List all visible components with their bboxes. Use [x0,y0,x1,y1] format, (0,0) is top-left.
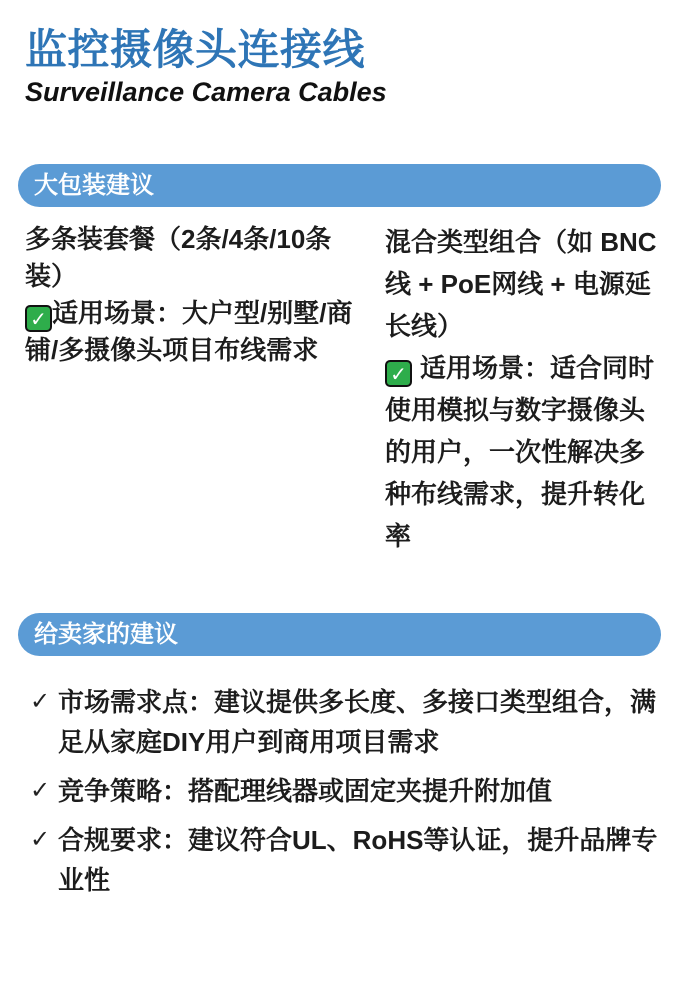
list-item-text: 竞争策略：搭配理线器或固定夹提升附加值 [58,771,661,811]
packaging-columns: 多条装套餐（2条/4条/10条装） ✓适用场景：大户型/别墅/商铺/多摄像头项目… [0,207,687,613]
section-seller-heading: 给卖家的建议 [34,621,178,648]
list-item: ✓ 市场需求点：建议提供多长度、多接口类型组合，满足从家庭DIY用户到商用项目需… [30,682,661,762]
page-subtitle: Surveillance Camera Cables [25,77,661,108]
packaging-right-scene: 适用场景：适合同时使用模拟与数字摄像头的用户，一次性解决多种布线需求，提升转化率 [385,353,654,551]
check-mark-icon: ✓ [30,820,58,860]
packaging-right-column: 混合类型组合（如 BNC线 + PoE网线 + 电源延长线） ✓适用场景：适合同… [385,221,661,613]
seller-advice-list: ✓ 市场需求点：建议提供多长度、多接口类型组合，满足从家庭DIY用户到商用项目需… [30,682,661,900]
page-header: 监控摄像头连接线 Surveillance Camera Cables [0,0,687,108]
list-item-text: 合规要求：建议符合UL、RoHS等认证，提升品牌专业性 [58,820,661,900]
packaging-right-intro: 混合类型组合（如 BNC线 + PoE网线 + 电源延长线） [385,227,657,341]
list-item-text: 市场需求点：建议提供多长度、多接口类型组合，满足从家庭DIY用户到商用项目需求 [58,682,661,762]
packaging-left-column: 多条装套餐（2条/4条/10条装） ✓适用场景：大户型/别墅/商铺/多摄像头项目… [25,221,365,613]
section-packaging-header-bar: 大包装建议 [18,164,661,207]
page: 监控摄像头连接线 Surveillance Camera Cables 大包装建… [0,0,687,993]
section-seller-header-bar: 给卖家的建议 [18,613,661,656]
list-item: ✓ 竞争策略：搭配理线器或固定夹提升附加值 [30,771,661,811]
page-title: 监控摄像头连接线 [25,26,661,74]
check-emoji-icon: ✓ [385,360,412,387]
packaging-left-scene: 适用场景：大户型/别墅/商铺/多摄像头项目布线需求 [25,298,352,365]
section-packaging-heading: 大包装建议 [34,172,154,199]
check-emoji-icon: ✓ [25,305,52,332]
check-mark-icon: ✓ [30,771,58,811]
packaging-left-intro: 多条装套餐（2条/4条/10条装） [25,224,331,291]
check-mark-icon: ✓ [30,682,58,722]
list-item: ✓ 合规要求：建议符合UL、RoHS等认证，提升品牌专业性 [30,820,661,900]
